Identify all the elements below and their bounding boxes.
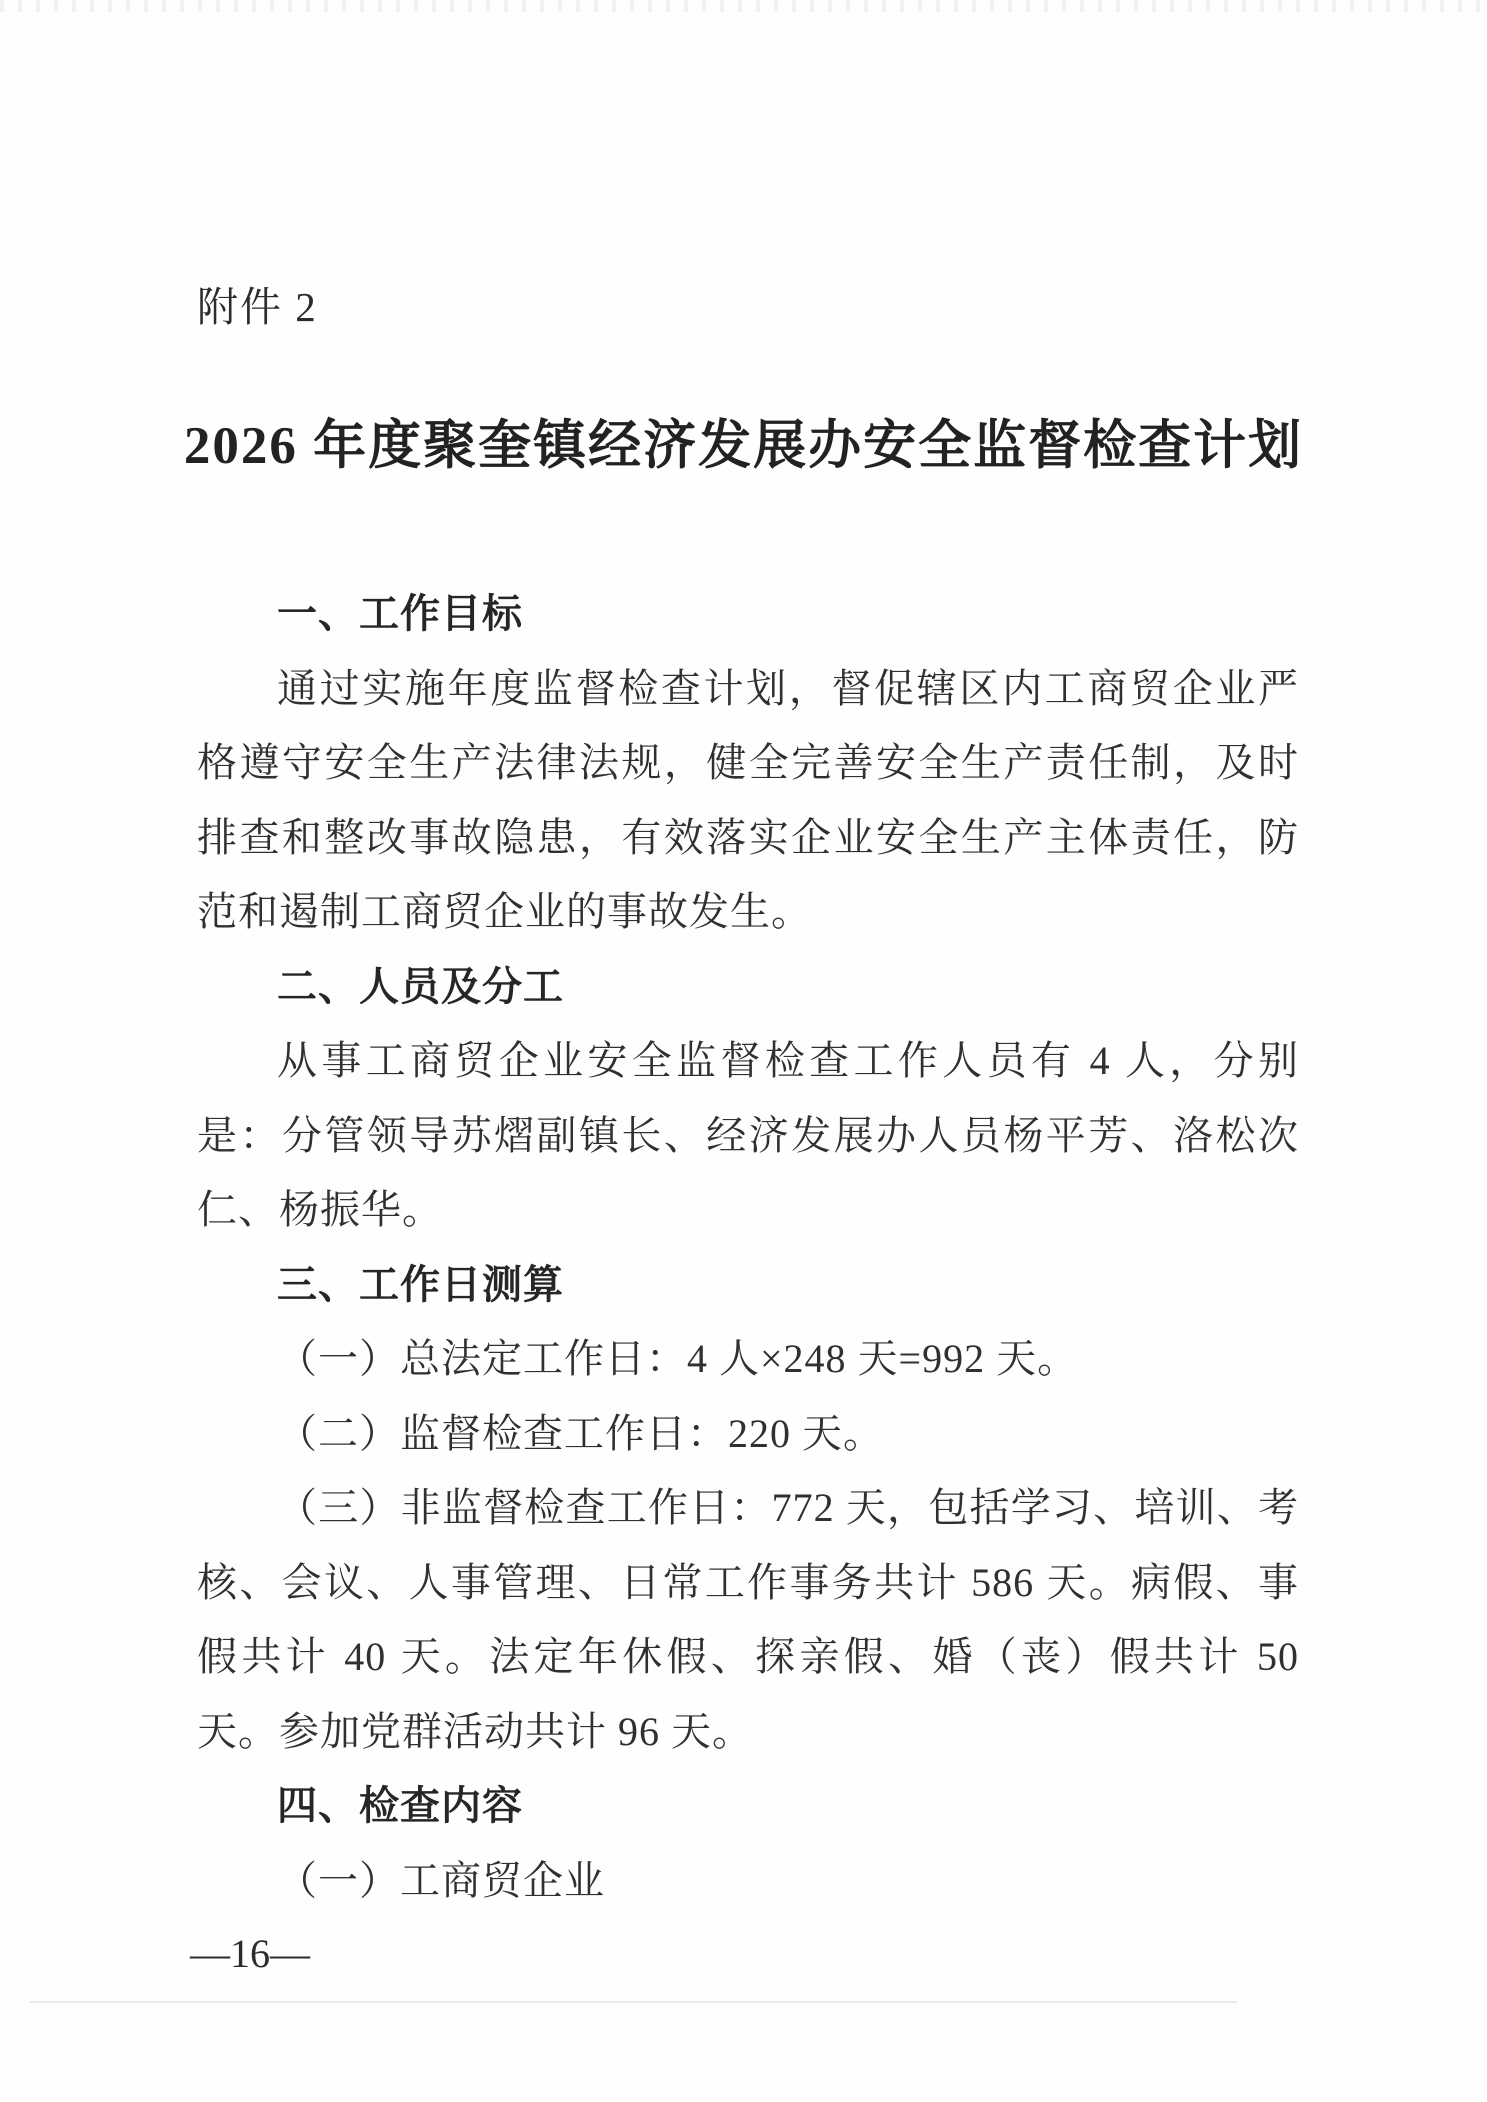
attachment-label: 附件 2: [197, 283, 318, 332]
paragraph: 通过实施年度监督检查计划，督促辖区内工商贸企业严格遵守安全生产法律法规，健全完善…: [197, 652, 1299, 950]
scan-artifact-top-edge: [0, 0, 1487, 12]
paragraph: （三）非监督检查工作日：772 天，包括学习、培训、考核、会议、人事管理、日常工…: [197, 1471, 1299, 1769]
document-body: 一、工作目标通过实施年度监督检查计划，督促辖区内工商贸企业严格遵守安全生产法律法…: [197, 577, 1299, 1918]
scan-artifact-line: [30, 2001, 1237, 2003]
document-title: 2026 年度聚奎镇经济发展办安全监督检查计划: [0, 412, 1487, 481]
paragraph: （一）总法定工作日：4 人×248 天=992 天。: [197, 1322, 1299, 1397]
paragraph: （一）工商贸企业: [197, 1844, 1299, 1919]
scanned-document-page: 附件 2 2026 年度聚奎镇经济发展办安全监督检查计划 一、工作目标通过实施年…: [0, 0, 1487, 2102]
paragraph: 从事工商贸企业安全监督检查工作人员有 4 人，分别是：分管领导苏熠副镇长、经济发…: [197, 1024, 1299, 1248]
section-heading-4: 四、检查内容: [197, 1769, 1299, 1844]
section-heading-1: 一、工作目标: [197, 577, 1299, 652]
section-heading-3: 三、工作日测算: [197, 1248, 1299, 1323]
section-heading-2: 二、人员及分工: [197, 950, 1299, 1025]
paragraph: （二）监督检查工作日：220 天。: [197, 1397, 1299, 1472]
page-number: —16—: [190, 1930, 310, 1978]
